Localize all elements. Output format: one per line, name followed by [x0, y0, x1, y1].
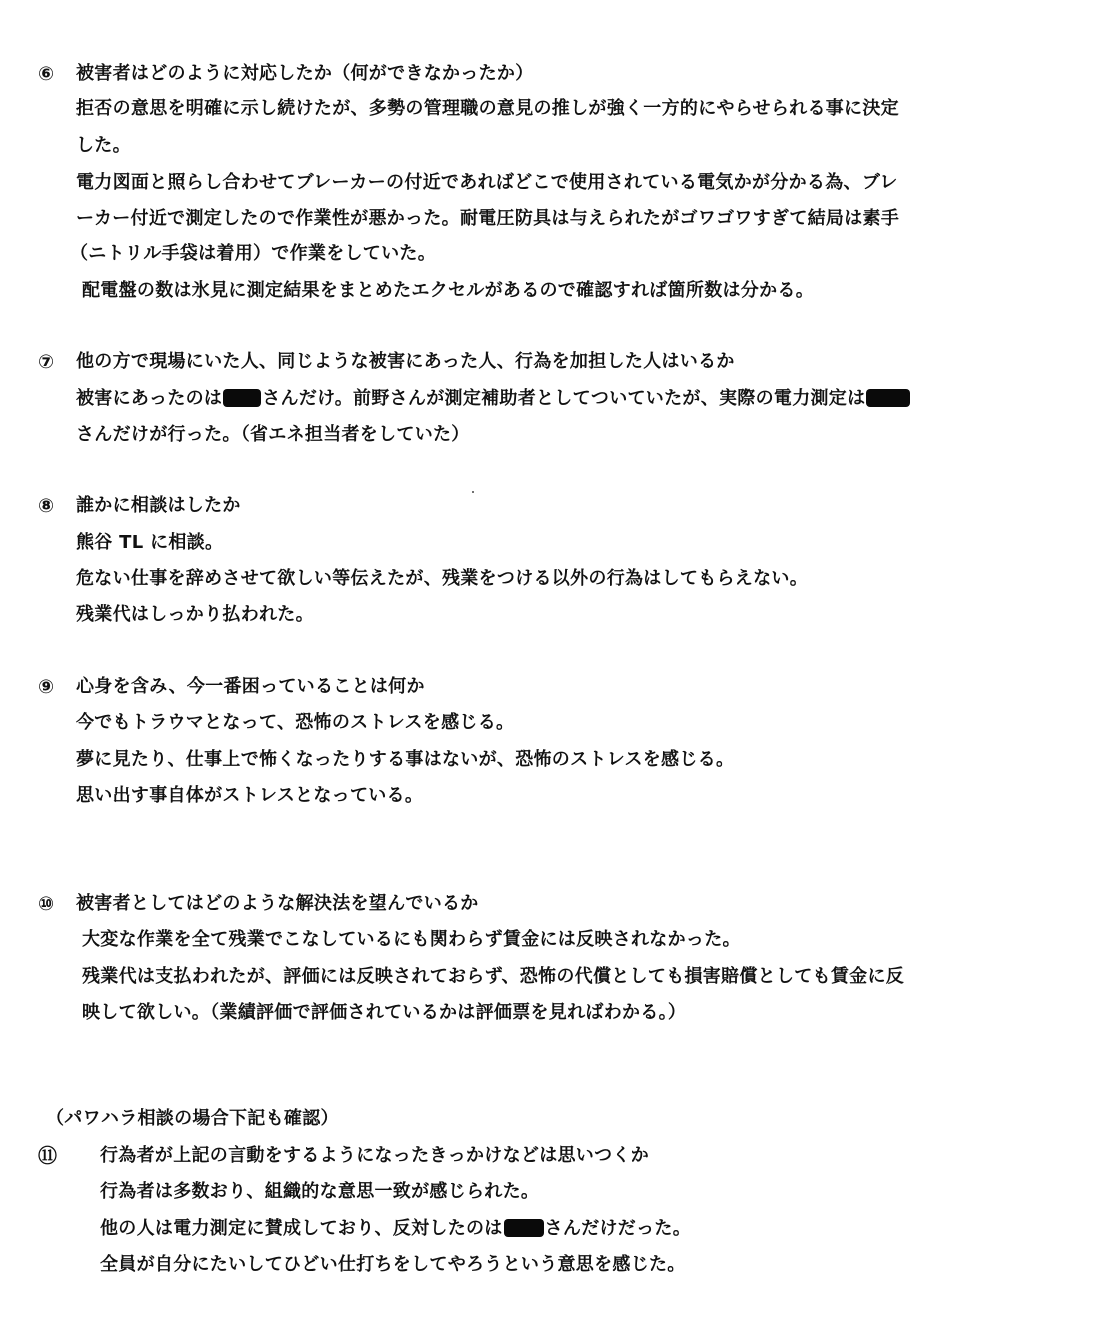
- section-11-answer-line: 全員が自分にたいしてひどい仕打ちをしてやろうという意思を感じた。: [100, 1254, 686, 1276]
- section-8-answer-line: 熊谷 TL に相談。: [76, 532, 223, 554]
- section-11-answer-line: 他の人は電力測定に賛成しており、反対したのはさんだけだった。: [100, 1218, 691, 1240]
- text-after-redaction: さんだけ。前野さんが測定補助者としてついていたが、実際の電力測定は: [262, 388, 865, 409]
- section-10-number: ⑩: [38, 893, 54, 915]
- power-harassment-note: （パワハラ相談の場合下記も確認）: [46, 1108, 339, 1130]
- section-6-answer-line: ーカー付近で測定したので作業性が悪かった。耐電圧防具は与えられたがゴワゴワすぎて…: [76, 208, 899, 230]
- section-6-answer-line: 拒否の意思を明確に示し続けたが、多勢の管理職の意見の推しが強く一方的にやらせられ…: [76, 98, 899, 120]
- section-9-answer-line: 夢に見たり、仕事上で怖くなったりする事はないが、恐怖のストレスを感じる。: [76, 749, 734, 771]
- section-10-answer-line: 映して欲しい。（業績評価で評価されているかは評価票を見ればわかる。）: [82, 1002, 686, 1024]
- section-9-answer-line: 今でもトラウマとなって、恐怖のストレスを感じる。: [76, 712, 514, 734]
- section-6-question: 被害者はどのように対応したか（何ができなかったか）: [76, 63, 534, 85]
- scan-speck: [472, 491, 474, 493]
- text-before-redaction: 他の人は電力測定に賛成しており、反対したのは: [100, 1218, 503, 1239]
- redacted-name: [866, 389, 910, 407]
- section-7-answer-line: 被害にあったのはさんだけ。前野さんが測定補助者としてついていたが、実際の電力測定…: [76, 388, 911, 410]
- section-8-answer-line: 危ない仕事を辞めさせて欲しい等伝えたが、残業をつける以外の行為はしてもらえない。: [76, 568, 808, 590]
- section-7-question: 他の方で現場にいた人、同じような被害にあった人、行為を加担した人はいるか: [76, 351, 735, 373]
- section-11-question: 行為者が上記の言動をするようになったきっかけなどは思いつくか: [100, 1145, 649, 1167]
- section-6-answer-line: 電力図面と照らし合わせてブレーカーの付近であればどこで使用されている電気かが分か…: [76, 172, 898, 194]
- section-7-number: ⑦: [38, 351, 54, 373]
- text-after-redaction: さんだけだった。: [545, 1218, 691, 1239]
- section-9-question: 心身を含み、今一番困っていることは何か: [76, 676, 425, 698]
- redacted-name: [223, 389, 261, 407]
- section-6-answer-line: （ニトリル手袋は着用）で作業をしていた。: [70, 243, 436, 265]
- section-8-answer-line: 残業代はしっかり払われた。: [76, 604, 314, 626]
- section-10-answer-line: 残業代は支払われたが、評価には反映されておらず、恐怖の代償としても損害賠償として…: [82, 966, 904, 988]
- section-8-number: ⑧: [38, 495, 54, 517]
- section-9-number: ⑨: [38, 676, 54, 698]
- section-6-answer-line: した。: [76, 135, 131, 157]
- section-10-answer-line: 大変な作業を全て残業でこなしているにも関わらず賃金には反映されなかった。: [82, 929, 741, 951]
- redacted-name: [504, 1219, 544, 1237]
- section-11-number: ⑪: [38, 1145, 57, 1167]
- text-before-redaction: 被害にあったのは: [76, 388, 222, 409]
- section-10-question: 被害者としてはどのような解決法を望んでいるか: [76, 893, 479, 915]
- section-6-number: ⑥: [38, 63, 54, 85]
- section-9-answer-line: 思い出す事自体がストレスとなっている。: [76, 785, 423, 807]
- section-6-answer-line: 配電盤の数は氷見に測定結果をまとめたエクセルがあるので確認すれば箇所数は分かる。: [82, 280, 814, 302]
- section-7-answer-line: さんだけが行った。（省エネ担当者をしていた）: [76, 424, 470, 446]
- section-8-question: 誰かに相談はしたか: [76, 495, 241, 517]
- document-page: ⑥ 被害者はどのように対応したか（何ができなかったか） 拒否の意思を明確に示し続…: [0, 0, 1108, 1332]
- section-11-answer-line: 行為者は多数おり、組織的な意思一致が感じられた。: [100, 1181, 539, 1203]
